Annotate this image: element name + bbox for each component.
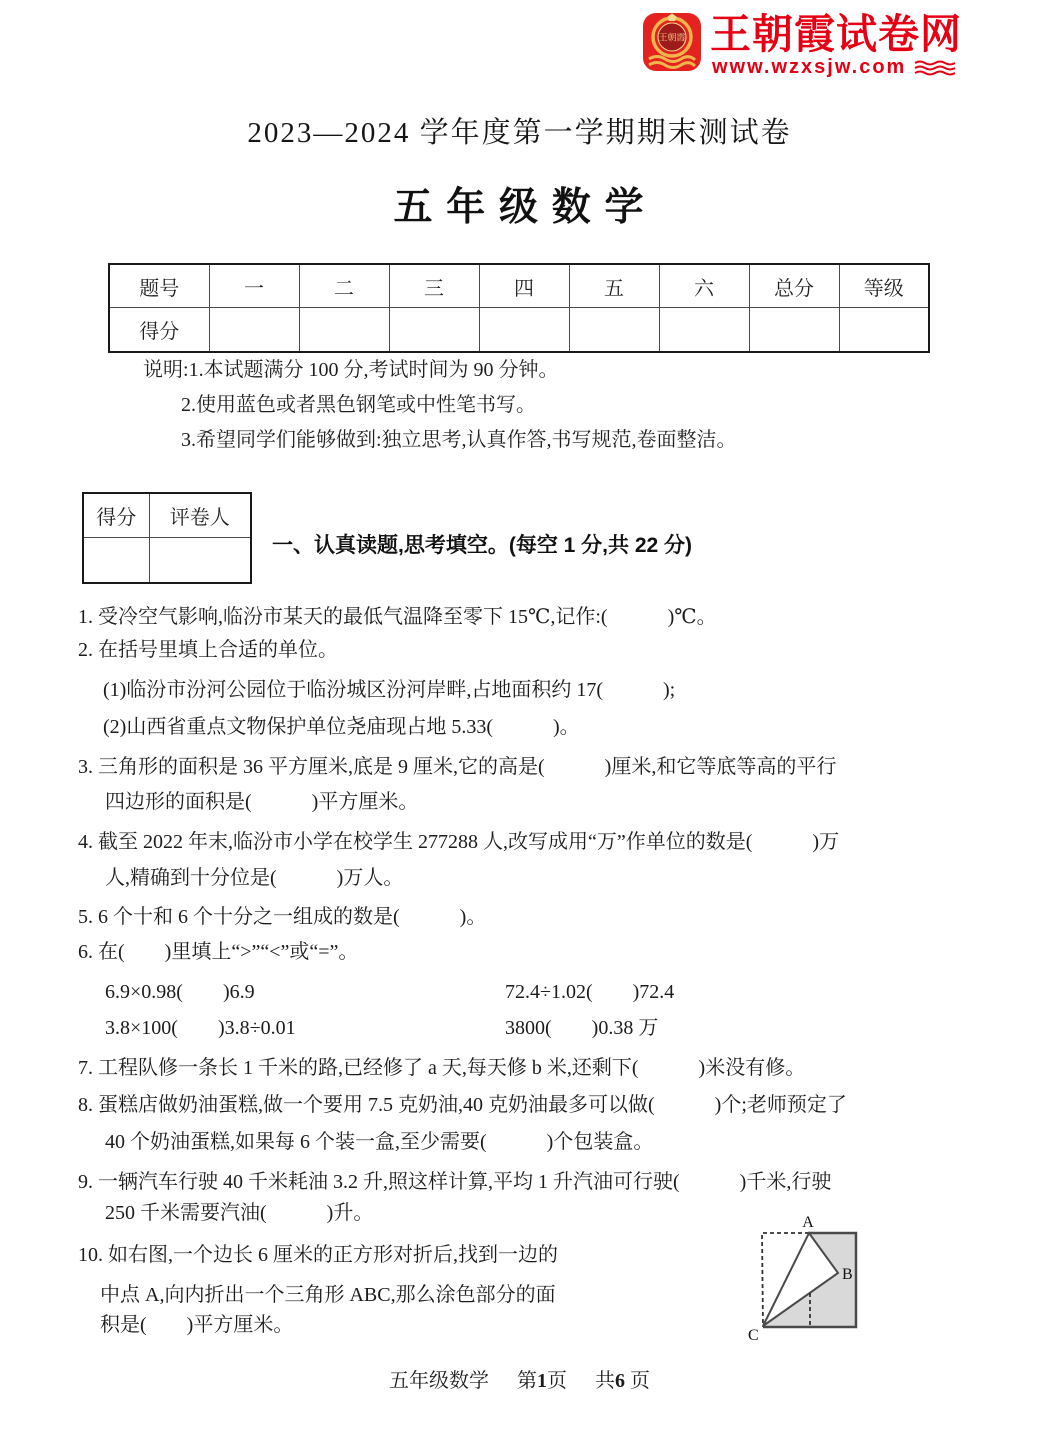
question-line-3b: 四边形的面积是( )平方厘米。	[105, 789, 418, 815]
score-blank-cell	[299, 308, 389, 353]
note-line: 说明:1.本试题满分 100 分,考试时间为 90 分钟。	[143, 357, 559, 383]
note-line: 2.使用蓝色或者黑色钢笔或中性笔书写。	[181, 392, 536, 418]
question-line-7: 7. 工程队修一条长 1 千米的路,已经修了 a 天,每天修 b 米,还剩下( …	[78, 1055, 805, 1081]
note-label: 说明:	[143, 359, 189, 381]
grader-box: 得分 评卷人	[82, 492, 252, 584]
score-table-header-cell: 一	[209, 264, 299, 308]
grader-box-blank-cell	[83, 538, 149, 584]
score-blank-cell	[479, 308, 569, 353]
brand-name: 王朝霞试卷网	[710, 12, 975, 56]
figure-label-c: C	[748, 1327, 759, 1344]
question-line-4b: 人,精确到十分位是( )万人。	[105, 865, 403, 891]
note-item: 1.本试题满分 100 分,考试时间为 90 分钟。	[189, 359, 559, 381]
section-one-title: 一、认真读题,思考填空。(每空 1 分,共 22 分)	[272, 529, 692, 559]
question-line-10b: 中点 A,向内折出一个三角形 ABC,那么涂色部分的面	[100, 1282, 556, 1308]
question-line-1: 1. 受冷空气影响,临汾市某天的最低气温降至零下 15℃,记作:( )℃。	[78, 604, 717, 630]
footer-total-number: 6	[615, 1370, 625, 1392]
brand-url-row: www.wzxsjw.com	[712, 56, 956, 79]
brand-url: www.wzxsjw.com	[712, 56, 906, 78]
brand-logo: 王朝霞 王朝霞试卷网 www.wzxsjw.com	[640, 10, 980, 80]
exam-title: 2023—2024 学年度第一学期期末测试卷	[0, 110, 1039, 151]
exam-subject: 五 年 级 数 学	[0, 176, 1039, 232]
question-line-3a: 3. 三角形的面积是 36 平方厘米,底是 9 厘米,它的高是( )厘米,和它等…	[78, 754, 836, 780]
footer-subject: 五年级数学	[389, 1370, 489, 1392]
question-line-8b: 40 个奶油蛋糕,如果每 6 个装一盒,至少需要( )个包装盒。	[105, 1129, 653, 1155]
grader-box-blank-cell	[149, 538, 251, 584]
score-blank-cell	[749, 308, 839, 353]
question-line-8a: 8. 蛋糕店做奶油蛋糕,做一个要用 7.5 克奶油,40 克奶油最多可以做( )…	[78, 1092, 847, 1118]
score-blank-cell	[389, 308, 479, 353]
score-blank-cell	[659, 308, 749, 353]
score-blank-cell	[209, 308, 299, 353]
grader-box-score-label: 得分	[83, 493, 149, 538]
question-line-10c: 积是( )平方厘米。	[100, 1312, 293, 1338]
score-blank-cell	[839, 308, 929, 353]
question-line-2-1: (1)临汾市汾河公园位于临汾城区汾河岸畔,占地面积约 17( );	[103, 677, 675, 703]
score-table-header-cell: 二	[299, 264, 389, 308]
waves-icon	[914, 60, 956, 76]
figure-label-b: B	[842, 1266, 853, 1283]
question-line-2: 2. 在括号里填上合适的单位。	[78, 637, 338, 663]
note-line: 3.希望同学们能够做到:独立思考,认真作答,书写规范,卷面整洁。	[181, 427, 737, 453]
question-line-6a2: 72.4÷1.02( )72.4	[505, 979, 674, 1005]
question-line-9b: 250 千米需要汽油( )升。	[105, 1200, 373, 1226]
question-line-4a: 4. 截至 2022 年末,临汾市小学在校学生 277288 人,改写成用“万”…	[78, 829, 839, 855]
figure-label-a: A	[802, 1214, 814, 1231]
footer-page-prefix: 第	[517, 1370, 537, 1392]
score-blank-cell	[569, 308, 659, 353]
footer-page-number: 1	[537, 1370, 547, 1392]
question-line-5: 5. 6 个十和 6 个十分之一组成的数是( )。	[78, 904, 486, 930]
score-summary-table: 题号 一 二 三 四 五 六 总分 等级 得分	[108, 263, 930, 353]
brand-app-icon: 王朝霞	[643, 13, 701, 71]
question-line-6b2: 3800( )0.38 万	[505, 1015, 658, 1041]
score-table-header-cell: 题号	[109, 264, 209, 308]
exam-page: 王朝霞 王朝霞试卷网 www.wzxsjw.com 2023—2024 学年度第…	[0, 0, 1039, 1452]
brand-icon-text: 王朝霞	[658, 32, 685, 43]
question10-figure: A B C	[745, 1203, 870, 1351]
footer-total-suffix: 页	[625, 1370, 650, 1392]
question-line-6: 6. 在( )里填上“>”“<”或“=”。	[78, 939, 358, 965]
footer-total-prefix: 共	[595, 1370, 615, 1392]
footer-page-suffix: 页	[547, 1370, 567, 1392]
question-line-6a1: 6.9×0.98( )6.9	[105, 979, 255, 1005]
score-table-header-cell: 等级	[839, 264, 929, 308]
question-line-6b1: 3.8×100( )3.8÷0.01	[105, 1015, 296, 1041]
score-table-header-cell: 六	[659, 264, 749, 308]
page-footer: 五年级数学第1页共6 页	[0, 1364, 1039, 1393]
score-table-header-cell: 总分	[749, 264, 839, 308]
score-table-header-cell: 四	[479, 264, 569, 308]
grader-box-grader-label: 评卷人	[149, 493, 251, 538]
question-line-10a: 10. 如右图,一个边长 6 厘米的正方形对折后,找到一边的	[78, 1242, 558, 1268]
score-table-header-cell: 三	[389, 264, 479, 308]
score-table-header-cell: 五	[569, 264, 659, 308]
score-row-label: 得分	[109, 308, 209, 353]
question-line-2-2: (2)山西省重点文物保护单位尧庙现占地 5.33( )。	[103, 714, 580, 740]
question-line-9a: 9. 一辆汽车行驶 40 千米耗油 3.2 升,照这样计算,平均 1 升汽油可行…	[78, 1169, 831, 1195]
